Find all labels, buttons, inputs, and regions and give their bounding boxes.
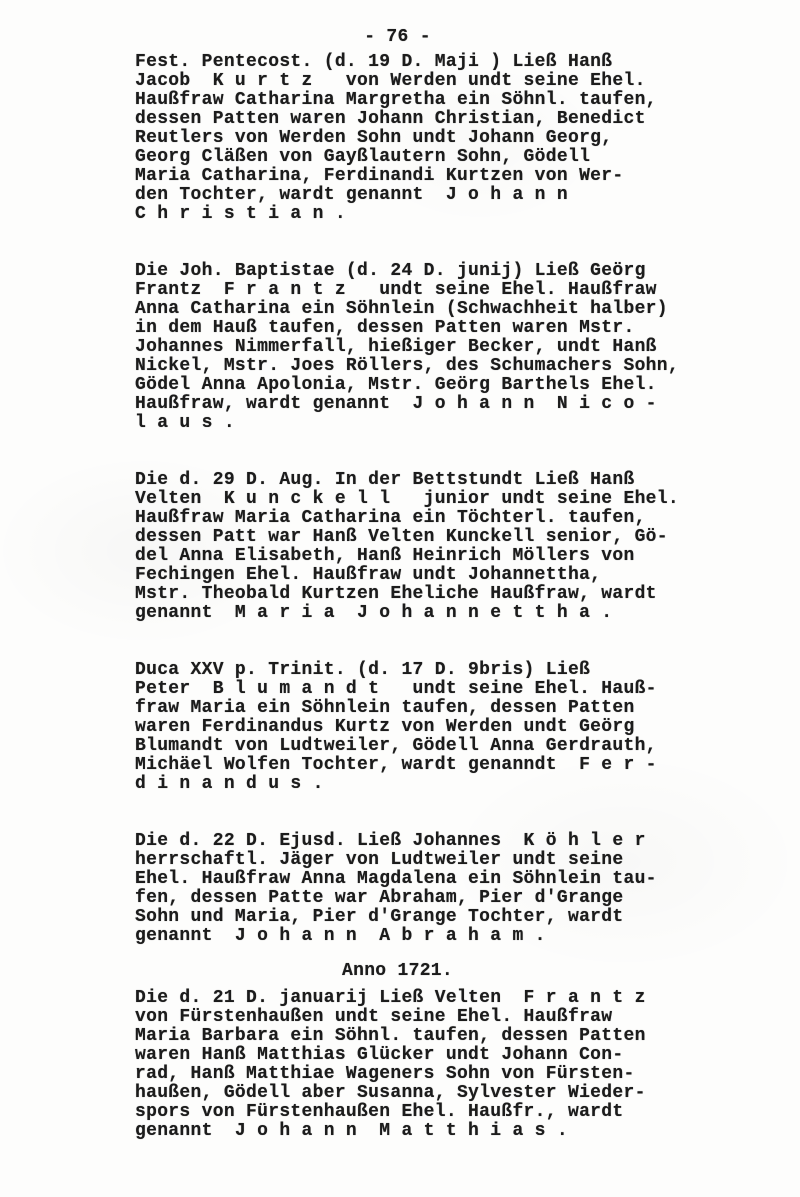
baptism-entry: Die d. 21 D. januarij Ließ Velten F r a … bbox=[135, 989, 660, 1141]
text-line: Michäel Wolfen Tochter, wardt genanndt F… bbox=[135, 756, 660, 775]
baptism-entry: Duca XXV p. Trinit. (d. 17 D. 9bris) Lie… bbox=[135, 661, 660, 794]
text-line: in dem Hauß taufen, dessen Patten waren … bbox=[135, 319, 660, 338]
text-line: Gödel Anna Apolonia, Mstr. Geörg Barthel… bbox=[135, 376, 660, 395]
text-line: haußen, Gödell aber Susanna, Sylvester W… bbox=[135, 1084, 660, 1103]
text-line: dessen Patt war Hanß Velten Kunckell sen… bbox=[135, 528, 660, 547]
text-line: Mstr. Theobald Kurtzen Eheliche Haußfraw… bbox=[135, 585, 660, 604]
text-line: Velten K u n c k e l l junior undt seine… bbox=[135, 490, 660, 509]
text-line: rad, Hanß Matthiae Wageners Sohn von Für… bbox=[135, 1065, 660, 1084]
text-line: genannt J o h a n n A b r a h a m . bbox=[135, 927, 660, 946]
text-line: Frantz F r a n t z undt seine Ehel. Hauß… bbox=[135, 281, 660, 300]
text-line: Haußfraw Maria Catharina ein Töchterl. t… bbox=[135, 509, 660, 528]
text-line: del Anna Elisabeth, Hanß Heinrich Möller… bbox=[135, 547, 660, 566]
text-line: genannt J o h a n n M a t t h i a s . bbox=[135, 1122, 660, 1141]
text-line: fraw Maria ein Söhnlein taufen, dessen P… bbox=[135, 699, 660, 718]
text-line: Die Joh. Baptistae (d. 24 D. junij) Ließ… bbox=[135, 262, 660, 281]
text-line: l a u s . bbox=[135, 414, 660, 433]
text-line: Die d. 22 D. Ejusd. Ließ Johannes K ö h … bbox=[135, 832, 660, 851]
text-line: Blumandt von Ludtweiler, Gödell Anna Ger… bbox=[135, 737, 660, 756]
text-line: Ehel. Haußfraw Anna Magdalena ein Söhnle… bbox=[135, 870, 660, 889]
text-line: waren Ferdinandus Kurtz von Werden undt … bbox=[135, 718, 660, 737]
text-line: Die d. 21 D. januarij Ließ Velten F r a … bbox=[135, 989, 660, 1008]
text-line: Sohn und Maria, Pier d'Grange Tochter, w… bbox=[135, 908, 660, 927]
text-line: Die d. 29 D. Aug. In der Bettstundt Ließ… bbox=[135, 471, 660, 490]
text-line: Maria Barbara ein Söhnl. taufen, dessen … bbox=[135, 1027, 660, 1046]
text-line: Georg Cläßen von Gayßlautern Sohn, Gödel… bbox=[135, 148, 660, 167]
text-line: Jacob K u r t z von Werden undt seine Eh… bbox=[135, 72, 660, 91]
text-line: genannt M a r i a J o h a n n e t t h a … bbox=[135, 604, 660, 623]
year-heading: Anno 1721. bbox=[135, 962, 660, 981]
text-line: Maria Catharina, Ferdinandi Kurtzen von … bbox=[135, 167, 660, 186]
baptism-entry: Die Joh. Baptistae (d. 24 D. junij) Ließ… bbox=[135, 262, 660, 433]
text-line: Fechingen Ehel. Haußfraw undt Johannetth… bbox=[135, 566, 660, 585]
text-line: Peter B l u m a n d t undt seine Ehel. H… bbox=[135, 680, 660, 699]
text-line: Johannes Nimmerfall, hießiger Becker, un… bbox=[135, 338, 660, 357]
page-content: - 76 - Fest. Pentecost. (d. 19 D. Maji )… bbox=[0, 0, 800, 1141]
text-line: Haußfraw Catharina Margretha ein Söhnl. … bbox=[135, 91, 660, 110]
text-line: dessen Patten waren Johann Christian, Be… bbox=[135, 110, 660, 129]
text-line: Fest. Pentecost. (d. 19 D. Maji ) Ließ H… bbox=[135, 53, 660, 72]
text-line: Reutlers von Werden Sohn undt Johann Geo… bbox=[135, 129, 660, 148]
text-line: den Tochter, wardt genannt J o h a n n bbox=[135, 186, 660, 205]
text-line: d i n a n d u s . bbox=[135, 775, 660, 794]
text-line: herrschaftl. Jäger von Ludtweiler undt s… bbox=[135, 851, 660, 870]
text-line: spors von Fürstenhaußen Ehel. Haußfr., w… bbox=[135, 1103, 660, 1122]
text-line: Anna Catharina ein Söhnlein (Schwachheit… bbox=[135, 300, 660, 319]
text-line: fen, dessen Patte war Abraham, Pier d'Gr… bbox=[135, 889, 660, 908]
page-number: - 76 - bbox=[135, 28, 660, 47]
text-line: waren Hanß Matthias Glücker undt Johann … bbox=[135, 1046, 660, 1065]
text-line: Haußfraw, wardt genannt J o h a n n N i … bbox=[135, 395, 660, 414]
baptism-entry: Die d. 29 D. Aug. In der Bettstundt Ließ… bbox=[135, 471, 660, 623]
baptism-entry: Fest. Pentecost. (d. 19 D. Maji ) Ließ H… bbox=[135, 53, 660, 224]
scanned-document-page: - 76 - Fest. Pentecost. (d. 19 D. Maji )… bbox=[0, 0, 800, 1197]
text-line: C h r i s t i a n . bbox=[135, 205, 660, 224]
text-line: von Fürstenhaußen undt seine Ehel. Haußf… bbox=[135, 1008, 660, 1027]
baptism-entry: Die d. 22 D. Ejusd. Ließ Johannes K ö h … bbox=[135, 832, 660, 946]
text-line: Duca XXV p. Trinit. (d. 17 D. 9bris) Lie… bbox=[135, 661, 660, 680]
text-line: Nickel, Mstr. Joes Röllers, des Schumach… bbox=[135, 357, 660, 376]
